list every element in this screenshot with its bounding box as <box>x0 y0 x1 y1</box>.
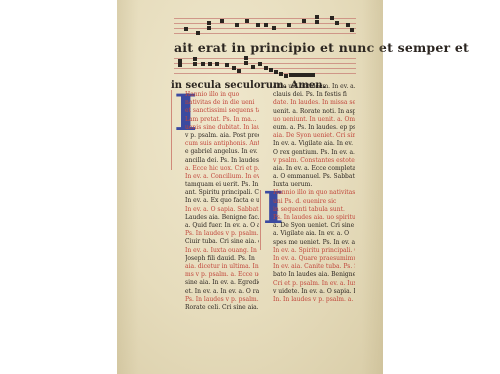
music-staff-2 <box>174 58 356 74</box>
text-line: In ev. aia. Canite tuba. Ps. Sab <box>273 263 355 271</box>
text-line: bato In laudes aia. Benigne fac. <box>273 271 355 279</box>
text-line: clauis dei. Ps. In festis fi <box>273 91 355 99</box>
text-line: Lam pretat. Ps. In ma... <box>185 116 259 124</box>
text-line: Cri et p. psalm. In ev. a. Iuxta. <box>273 280 355 288</box>
initial-flourish-left <box>171 90 172 170</box>
text-line: Ps. In laudes aia. uo spiritu <box>273 214 355 222</box>
text-line: a. O emmanuel. Ps. Sabbato <box>273 173 355 181</box>
text-line: Ps. In laudes v p. psalm. aia <box>185 230 259 238</box>
text-heading: in secula seculorum. Amen. <box>171 80 326 91</box>
text-line: nativitas de in die ueni <box>185 99 259 107</box>
text-line: ms v p. psalm. a. Ecce ueniet. Cri <box>185 271 259 279</box>
text-line: aia. In ev. a. Ecce completa sunt. In <box>273 165 355 173</box>
text-line: Laudes aia. Benigne fac. <box>185 214 259 222</box>
text-line: tamquam ei uerit. Ps. In ev. a. <box>185 181 259 189</box>
manuscript-leaf: ait erat in principio et nunc et semper … <box>117 0 383 374</box>
initial-letter-right: I <box>263 187 284 231</box>
text-line: In ev. a. O sapia. Sabbato <box>185 206 259 214</box>
text-line: In ev. a. Concilium. In ev. a. <box>185 173 259 181</box>
text-line: v uidete. In ev. a. O sapia. Ps. <box>273 288 355 296</box>
text-line: a. Vigilate aia. In ev. a. O <box>273 230 355 238</box>
text-line: uni Ps. d. euenire sic <box>273 198 355 206</box>
initial-letter-left: I <box>174 88 197 138</box>
music-staff-1 <box>174 18 356 34</box>
text-line: eum. a. Ps. In laudes. ep psalm <box>273 124 355 132</box>
text-line: O rex gentium. Ps. In ev. a. <box>273 149 355 157</box>
text-line: a. Ecce hic uox. Cri et p. psalm <box>185 165 259 173</box>
text-line: In. In laudes v p. psalm. a. Petre. <box>273 296 355 304</box>
text-line: a. De Syon ueniet. Cri sine aia. <box>273 222 355 230</box>
text-line: spes me ueniet. Ps. In ev. a. <box>273 239 355 247</box>
text-line: v psalm. Constantes estote. Cri sine <box>273 157 355 165</box>
text-line: cum suis antiphonis. Ant. Missus <box>185 140 259 148</box>
text-line: et. In ev. a. In ev. a. O radix iesse. <box>185 288 259 296</box>
text-line: Hannio illo in quo <box>185 91 259 99</box>
text-line: in sequenti tabula sunt. <box>273 206 355 214</box>
text-column-left: Hannio illo in quonativitas de in die ue… <box>185 91 259 312</box>
text-line: v p. psalm. aia. Post predicamet <box>185 132 259 140</box>
initial-flourish-right <box>260 190 261 250</box>
text-line: ant. Spiritu principali. Cri et p. <box>185 189 259 197</box>
text-line: Hannio illo in quo nativitas <box>273 189 355 197</box>
text-line: Joseph fili dauid. Ps. In <box>185 255 259 263</box>
text-line: ait e uid bethleem. In ev. a. O <box>273 83 355 91</box>
text-line: Rorate celi. Cri sine aia. In ev. <box>185 304 259 312</box>
text-line: In ev. a. Spiritu principali. Cri et p. <box>273 247 355 255</box>
text-line: ancilla dei. Ps. In laudes <box>185 157 259 165</box>
text-line: sine aia. In ev. a. Egrediet uir <box>185 279 259 287</box>
text-line: et sanctissimi sequens tabu <box>185 107 259 115</box>
text-line: a. Quid fuer. In ev. a. O adonai <box>185 222 259 230</box>
text-line: In ev. a. Ex quo facta e uoce <box>185 197 259 205</box>
chant-lyric-line: ait erat in principio et nunc et semper … <box>174 40 469 55</box>
text-line: In ev. a. Quare praesumimus. <box>273 255 355 263</box>
text-line: aia. dicetur in ultima. In lau <box>185 263 259 271</box>
text-line: uenit. a. Rorate noti. In aspira <box>273 108 355 116</box>
text-line: In ev. a. Vigilate aia. In ev. a. <box>273 140 355 148</box>
text-line: Ciuir tuba. Cri sine aia. ep <box>185 238 259 246</box>
text-column-right: ait e uid bethleem. In ev. a. Oclauis de… <box>273 83 355 304</box>
text-line: In ev. a. Iuxta ouang. In ev. a. <box>185 247 259 255</box>
text-line: aia. De Syon ueniet. Cri sine aia. <box>273 132 355 140</box>
text-line: Ps. In laudes v p. psalm. a. <box>185 296 259 304</box>
text-line: uenis sine dubitat. In laudi <box>185 124 259 132</box>
text-line: date. In laudes. In missa sec <box>273 99 355 107</box>
text-line: Iuxta uerum. <box>273 181 355 189</box>
text-line: uo ueniunt. In uenit. a. Omi <box>273 116 355 124</box>
text-line: e gabriel angelus. In ev. a. Ecce <box>185 148 259 156</box>
